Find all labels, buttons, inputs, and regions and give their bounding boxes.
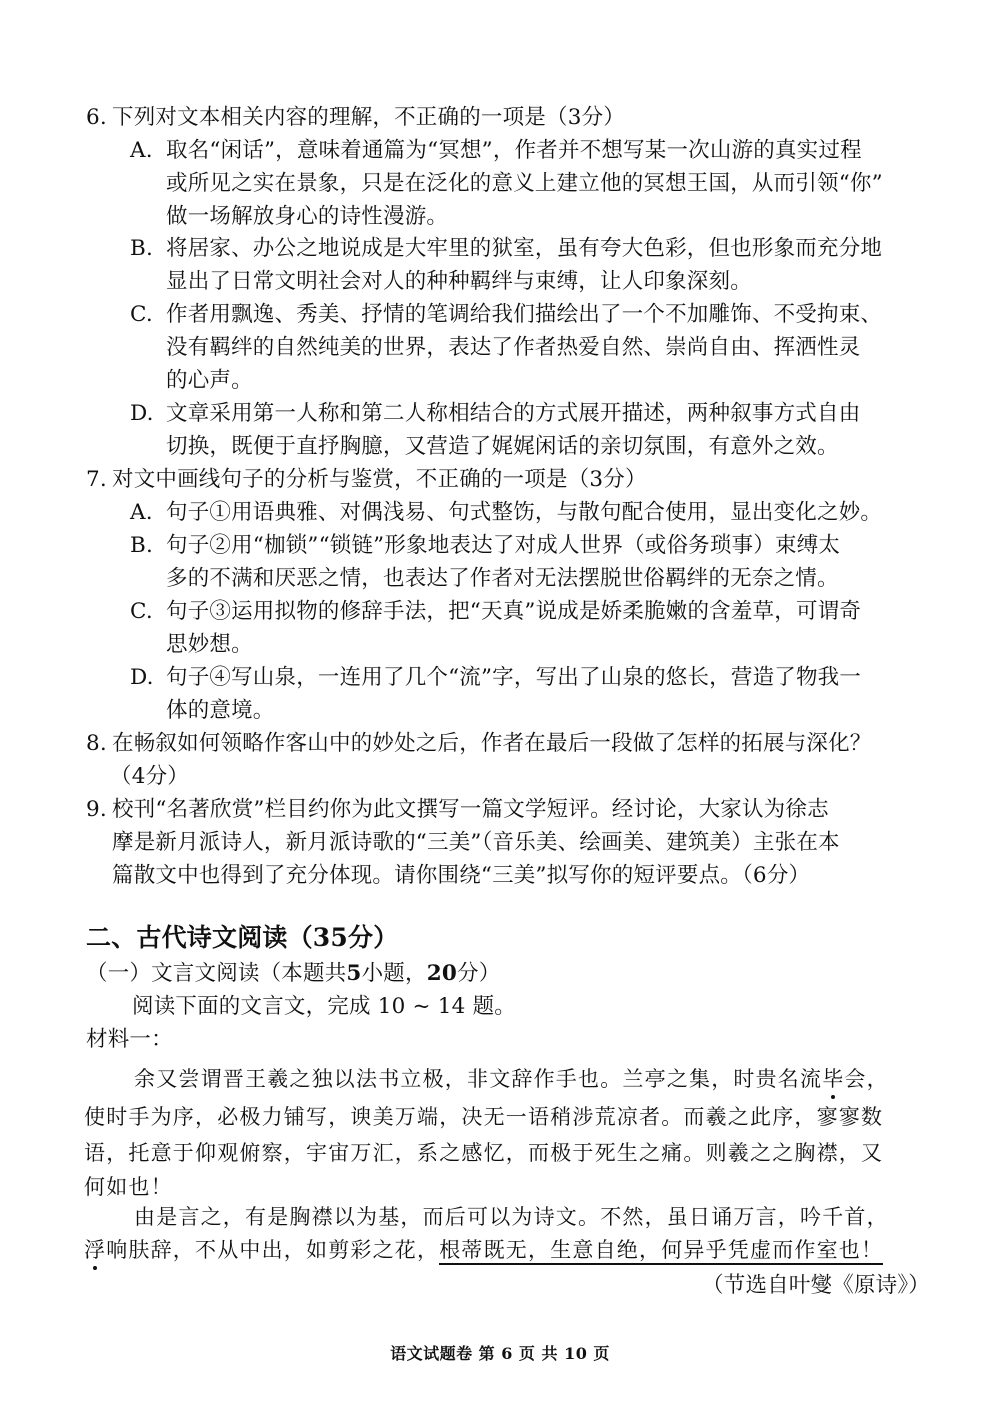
q6-option-a-line3: 做一场解放身心的诗性漫游。: [166, 203, 448, 231]
q7-option-d: D.句子④写山泉，一连用了几个“流”字，写出了山泉的悠长，营造了物我一: [130, 664, 861, 692]
q6-option-d: D.文章采用第一人称和第二人称相结合的方式展开描述，两种叙事方式自由: [130, 400, 860, 428]
section-heading: 二、古代诗文阅读（35分）: [86, 924, 398, 952]
q6-option-d-line2: 切换，既便于直抒胸臆，又营造了娓娓闲话的亲切氛围，有意外之效。: [166, 433, 839, 461]
classical-text-line: 何如也！: [84, 1173, 173, 1201]
q7-option-d-line2: 体的意境。: [166, 697, 275, 725]
question-8-points: （4分）: [110, 763, 189, 791]
question-9-line2: 摩是新月派诗人，新月派诗歌的“三美”（音乐美、绘画美、建筑美）主张在本: [112, 829, 840, 857]
question-9-line3: 篇散文中也得到了充分体现。请你围绕“三美”拟写你的短评要点。（6分）: [112, 862, 810, 890]
q6-option-c-line3: 的心声。: [166, 367, 253, 395]
q6-option-c: C.作者用飘逸、秀美、抒情的笔调给我们描绘出了一个不加雕饰、不受拘束、: [130, 301, 882, 329]
classical-text-line: 使时手为序，必极力铺写，谀美万端，决无一语稍涉荒凉者。而羲之此序，寥寥数: [84, 1103, 883, 1131]
q6-option-a: A.取名“闲话”，意味着通篇为“冥想”，作者并不想写某一次山游的真实过程: [130, 137, 862, 165]
q7-option-c-line2: 思妙想。: [166, 631, 253, 659]
question-8: 8.在畅叙如何领略作客山中的妙处之后，作者在最后一段做了怎样的拓展与深化？: [86, 730, 872, 758]
classical-text-line: 语，托意于仰观俯察，宇宙万汇，系之感忆，而极于死生之痛。则羲之之胸襟，又: [84, 1139, 883, 1167]
classical-text-line: 由是言之，有是胸襟以为基，而后可以为诗文。不然，虽日诵万言，吟千首，: [134, 1203, 889, 1231]
page-footer: 语文试题卷 第 6 页 共 10 页: [0, 1341, 1000, 1364]
q7-option-b-line2: 多的不满和厌恶之情，也表达了作者对无法摆脱世俗羁绊的无奈之情。: [166, 565, 839, 593]
q7-option-b: B.句子②用“枷锁”“锁链”形象地表达了对成人世界（或俗务琐事）束缚太: [130, 532, 840, 560]
exam-page: 6.下列对文本相关内容的理解，不正确的一项是（3分） A.取名“闲话”，意味着通…: [0, 0, 1000, 1412]
question-9: 9.校刊“名著欣赏”栏目约你为此文撰写一篇文学短评。经讨论，大家认为徐志: [86, 796, 829, 824]
subsection-heading: （一）文言文阅读（本题共5小题，20分）: [86, 960, 500, 988]
question-7-stem: 7.对文中画线句子的分析与鉴赏，不正确的一项是（3分）: [86, 466, 647, 494]
q6-option-b-line2: 显出了日常文明社会对人的种种羁绊与束缚，让人印象深刻。: [166, 268, 752, 296]
reading-instruction: 阅读下面的文言文，完成 10 ~ 14 题。: [132, 993, 516, 1021]
source-citation: （节选自叶燮《原诗》）: [702, 1272, 930, 1300]
material-label: 材料一：: [86, 1026, 173, 1054]
classical-text-line: 余又尝谓晋王羲之独以法书立极，非文辞作手也。兰亭之集，时贵名流毕会，: [134, 1065, 889, 1093]
emphasized-char: 毕: [822, 1067, 844, 1091]
q7-option-a: A.句子①用语典雅、对偶浅易、句式整饬，与散句配合使用，显出变化之妙。: [130, 499, 882, 527]
q6-option-b: B.将居家、办公之地说成是大牢里的狱室，虽有夸大色彩，但也形象而充分地: [130, 235, 882, 263]
q7-option-c: C.句子③运用拟物的修辞手法，把“天真”说成是娇柔脆嫩的含羞草，可谓奇: [130, 598, 861, 626]
question-6-stem: 6.下列对文本相关内容的理解，不正确的一项是（3分）: [86, 104, 625, 132]
question-number: 6.: [86, 104, 112, 132]
question-number: 9.: [86, 796, 112, 824]
question-number: 8.: [86, 730, 112, 758]
q6-option-a-line2: 或所见之实在景象，只是在泛化的意义上建立他的冥想王国，从而引领“你”: [166, 170, 883, 198]
q6-option-c-line2: 没有羁绊的自然纯美的世界，表达了作者热爱自然、崇尚自由、挥洒性灵: [166, 334, 860, 362]
emphasized-char: 浮: [84, 1238, 106, 1262]
underlined-sentence: 根蒂既无，生意自绝，何异乎凭虚而作室也！: [439, 1238, 883, 1265]
classical-text-line: 浮响肤辞，不从中出，如剪彩之花，根蒂既无，生意自绝，何异乎凭虚而作室也！: [84, 1236, 883, 1264]
question-number: 7.: [86, 466, 112, 494]
